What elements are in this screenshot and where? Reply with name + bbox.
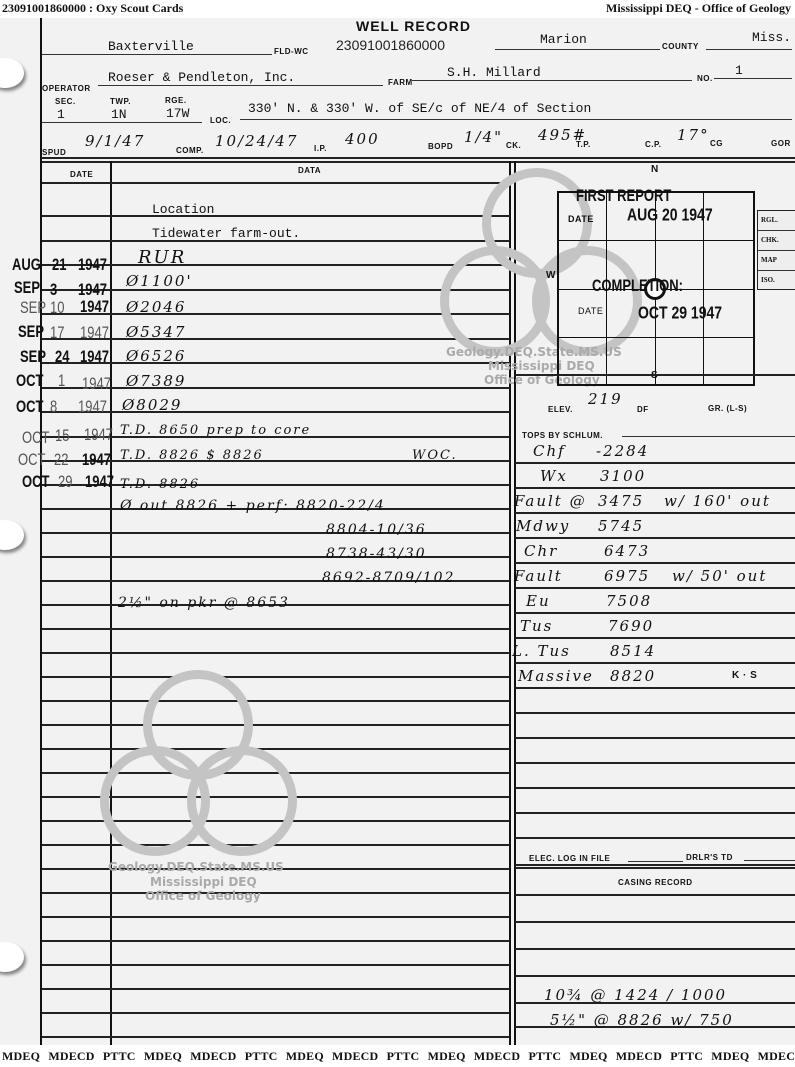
row-day: 3	[50, 280, 57, 299]
top-depth: 6473	[604, 542, 650, 560]
rge-value: 17W	[166, 106, 189, 121]
rule	[515, 374, 795, 376]
row-month: AUG	[12, 255, 41, 274]
rule	[42, 748, 510, 750]
watermark-text: Mississippi DEQ	[150, 875, 257, 889]
loc-value: 330' N. & 330' W. of SE/c of NE/4 of Sec…	[248, 101, 591, 116]
spud-value: 9/1/47	[85, 132, 145, 150]
ip-value: 400	[345, 130, 380, 148]
top-depth: 8820	[610, 667, 656, 685]
rule	[42, 215, 510, 217]
rule	[515, 612, 795, 614]
top-depth: 7508	[606, 592, 652, 610]
row-data: Ø8029	[122, 396, 182, 414]
rule	[515, 948, 795, 950]
elec-log-label: ELEC. LOG IN FILE	[529, 854, 610, 863]
twp-label: TWP.	[110, 97, 131, 106]
top-depth: 6975	[604, 567, 650, 585]
rule	[42, 313, 510, 315]
row-month: OCT	[22, 472, 49, 491]
row-day: 21	[52, 255, 66, 274]
casing-line: 10¾ @ 1424 / 1000	[544, 986, 727, 1004]
rule	[42, 556, 510, 558]
rule	[42, 289, 510, 291]
sec-label: SEC.	[55, 97, 76, 106]
review-item: ISO.	[758, 271, 795, 291]
farm-underline	[412, 80, 692, 81]
spud-label: SPUD	[42, 148, 66, 157]
row-year: 1947	[85, 472, 114, 491]
well-no-underline	[714, 78, 792, 79]
casing-line: 5½" @ 8826 w/ 750	[550, 1011, 734, 1029]
well-no-value: 1	[735, 63, 743, 78]
elevation-value: 219	[588, 390, 623, 408]
row-year: 1947	[78, 280, 107, 299]
row-month: OCT	[22, 428, 49, 447]
field-value: Baxterville	[108, 39, 194, 54]
elevation-label: ELEV.	[548, 405, 573, 414]
row-data: Ø1100'	[126, 272, 193, 290]
document-id-caption: 23091001860000 : Oxy Scout Cards	[2, 1, 183, 16]
state-underline	[706, 49, 792, 50]
top-name: Fault	[514, 567, 563, 585]
row-data: Ø6526	[126, 347, 186, 365]
rule	[42, 940, 510, 942]
top-depth: -2284	[596, 442, 649, 460]
watermark-text: Geology.DEQ.State.MS.US	[108, 860, 284, 874]
bopd-label: BOPD	[428, 142, 453, 151]
row-note: WOC.	[412, 448, 458, 463]
row-data: Ø7389	[126, 372, 186, 390]
loc-label: LOC.	[210, 116, 231, 125]
header-rule	[42, 157, 795, 159]
top-depth: 7690	[608, 617, 654, 635]
twp-value: 1N	[111, 107, 127, 122]
rule	[42, 1036, 510, 1038]
perf-line: 8738-43/30	[326, 546, 427, 562]
plat-west: W	[546, 270, 556, 281]
rule	[42, 700, 510, 702]
rule	[515, 812, 795, 814]
perf-line: Ø out 8826 + perf: 8820-22/4	[120, 498, 386, 514]
punch-hole	[0, 520, 24, 550]
casing-record-label: CASING RECORD	[618, 878, 693, 887]
footer-bar: MDEQ MDECD PTTC MDEQ MDECD PTTC MDEQ MDE…	[0, 1045, 795, 1067]
rule	[515, 637, 795, 639]
top-name: Tus	[520, 617, 553, 635]
row-data: Ø5347	[126, 323, 186, 341]
cp-value: 17°	[677, 126, 710, 144]
field-underline	[42, 54, 272, 55]
rule	[628, 861, 683, 862]
gr-label: GR. (L-S)	[708, 404, 747, 413]
row-year: 1947	[78, 397, 107, 416]
well-record-card: WELL RECORD Baxterville FLD-WC 230910018…	[0, 18, 795, 1045]
row-month: OCT	[16, 397, 43, 416]
rule	[515, 712, 795, 714]
rule	[42, 676, 510, 678]
county-value: Marion	[540, 32, 587, 47]
bopd-value: 1/4"	[464, 128, 503, 146]
row-month: OCT	[18, 450, 45, 469]
row-day: 10	[50, 298, 64, 317]
review-item: CHK.	[758, 231, 795, 251]
data-column-header: DATA	[298, 166, 321, 175]
rule	[515, 687, 795, 689]
watermark-text: Office of Geology	[145, 889, 261, 903]
cp-label: C.P.	[645, 140, 662, 149]
row-data: T.D. 8650 prep to core	[120, 423, 311, 438]
rule	[42, 532, 510, 534]
punch-hole	[0, 58, 24, 88]
review-checkbox-block: RGL. CHK. MAP ISO.	[757, 210, 795, 290]
rule	[42, 988, 510, 990]
row-year: 1947	[78, 255, 107, 274]
top-name: Mdwy	[516, 517, 570, 535]
caption-bar: 23091001860000 : Oxy Scout Cards Mississ…	[0, 0, 795, 18]
state-value: Miss.	[752, 30, 791, 45]
agency-caption: Mississippi DEQ - Office of Geology	[606, 1, 791, 16]
rule	[42, 892, 510, 894]
rule	[42, 387, 510, 389]
county-underline	[495, 49, 660, 50]
row-month: OCT	[16, 371, 43, 390]
top-note: w/ 50' out	[672, 567, 767, 585]
top-name: Wx	[540, 467, 568, 485]
first-report-label: FIRST REPORT	[576, 186, 671, 205]
completion-label: COMPLETION:	[592, 276, 683, 295]
rule	[622, 436, 795, 437]
comp-value: 10/24/47	[215, 132, 298, 150]
row-data: T.D. 8826 $ 8826	[120, 448, 264, 463]
rule	[42, 362, 510, 364]
form-title: WELL RECORD	[356, 18, 471, 34]
rule	[515, 894, 795, 896]
perf-line: 8692-8709/102	[322, 570, 455, 586]
stray-mark: K · S	[732, 670, 757, 681]
top-name: Chf	[533, 442, 566, 460]
watermark-ring-icon	[187, 746, 297, 856]
perf-line: 8804-10/36	[326, 522, 427, 538]
rule	[515, 864, 795, 866]
punch-hole	[0, 942, 24, 972]
rule	[515, 737, 795, 739]
row-year: 1947	[80, 297, 109, 316]
rule	[515, 512, 795, 514]
top-note: w/ 160' out	[664, 492, 771, 510]
gor-label: GOR	[771, 139, 791, 148]
rule	[42, 628, 510, 630]
rule	[515, 975, 795, 977]
rule	[42, 964, 510, 966]
rule	[515, 462, 795, 464]
rule	[42, 916, 510, 918]
review-item: RGL.	[758, 211, 795, 231]
rule	[42, 338, 510, 340]
rule	[515, 787, 795, 789]
farm-value: S.H. Millard	[447, 65, 541, 80]
review-item: MAP	[758, 251, 795, 271]
top-name: L. Tus	[512, 642, 571, 660]
rule	[42, 1012, 510, 1014]
top-name: Fault @	[514, 492, 587, 510]
row-day: 29	[58, 472, 72, 491]
packer-line: 2½" on pkr @ 8653	[118, 595, 290, 611]
row-month: SEP	[14, 278, 40, 297]
field-label: FLD-WC	[274, 47, 309, 56]
rule	[515, 562, 795, 564]
operator-value: Roeser & Pendleton, Inc.	[108, 70, 295, 85]
first-report-date: AUG 20 1947	[627, 204, 713, 224]
rule	[515, 587, 795, 589]
row-year: 1947	[82, 374, 111, 393]
data-intro-line: Tidewater farm-out.	[152, 226, 300, 241]
rule	[42, 182, 510, 184]
loc-underline	[240, 119, 792, 120]
ip-label: I.P.	[314, 144, 327, 153]
top-depth: 8514	[610, 642, 656, 660]
data-intro-line: Location	[152, 202, 214, 217]
row-year: 1947	[84, 425, 113, 444]
row-day: 1	[58, 371, 65, 390]
rule	[515, 537, 795, 539]
row-data: RUR	[138, 247, 186, 268]
cg-label: CG	[710, 139, 723, 148]
plat-north: N	[651, 164, 659, 175]
farm-label: FARM	[388, 78, 413, 87]
top-name: Eu	[526, 592, 551, 610]
completion-date: OCT 29 1947	[638, 302, 722, 322]
rge-label: RGE.	[165, 96, 187, 105]
rule	[515, 867, 795, 869]
header-rule	[42, 161, 795, 163]
row-year: 1947	[80, 323, 109, 342]
row-month: SEP	[20, 347, 46, 366]
rule	[42, 264, 510, 266]
top-depth: 3475	[598, 492, 644, 510]
row-day: 22	[54, 450, 68, 469]
rule	[515, 837, 795, 839]
drillers-td-label: DRLR'S TD	[686, 853, 733, 862]
tops-label: TOPS BY SCHLUM.	[522, 431, 603, 440]
row-day: 17	[50, 323, 64, 342]
comp-label: COMP.	[176, 146, 204, 155]
operator-label: OPERATOR	[42, 84, 91, 93]
date-column-header: DATE	[70, 170, 93, 179]
first-report-date-label: DATE	[568, 214, 594, 224]
rule	[42, 724, 510, 726]
top-name: Chr	[524, 542, 558, 560]
rule	[515, 762, 795, 764]
rule	[744, 860, 795, 861]
sec-value: 1	[57, 107, 65, 122]
df-label: DF	[637, 405, 649, 414]
well-no-label: NO.	[697, 74, 713, 83]
completion-date-label: DATE	[578, 306, 603, 316]
api-number: 23091001860000	[336, 37, 445, 53]
top-depth: 5745	[598, 517, 644, 535]
row-year: 1947	[80, 347, 109, 366]
row-data: T.D. 8826	[120, 477, 200, 492]
footer-text: MDEQ MDECD PTTC MDEQ MDECD PTTC MDEQ MDE…	[2, 1049, 795, 1064]
row-day: 24	[55, 347, 69, 366]
rule	[515, 487, 795, 489]
county-label: COUNTY	[662, 42, 699, 51]
row-data: Ø2046	[126, 298, 186, 316]
row-month: SEP	[20, 298, 46, 317]
top-depth: 3100	[600, 467, 646, 485]
sec-underline	[42, 122, 202, 123]
row-day: 8	[50, 397, 57, 416]
row-month: SEP	[18, 322, 44, 341]
rule	[515, 921, 795, 923]
rule	[42, 652, 510, 654]
ck-label: CK.	[506, 141, 521, 150]
top-name: Massive	[518, 667, 594, 685]
row-day: 15	[55, 426, 69, 445]
rule	[515, 662, 795, 664]
date-divider	[110, 161, 112, 1045]
rule	[42, 411, 510, 413]
operator-underline	[98, 85, 383, 86]
row-year: 1947	[82, 450, 111, 469]
tp-label: T.P.	[576, 140, 591, 149]
